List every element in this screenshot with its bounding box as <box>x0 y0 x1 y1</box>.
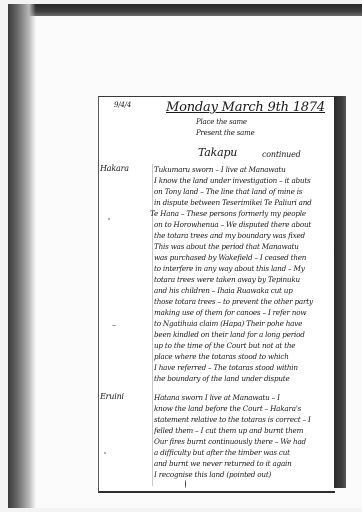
entry-line: I recognise this land (pointed out) <box>154 470 332 479</box>
entry-line: to interfere in any way about this land … <box>154 264 332 273</box>
scan-speck <box>104 452 106 454</box>
present-line: Present the same <box>196 129 255 137</box>
entry-line: Hatana sworn I live at Manawatu – I <box>154 393 332 402</box>
entry-line: Te Hana – These persons formerly my peop… <box>150 209 328 218</box>
entry-line: to Ngatihuia claim (Hapa) Their pohe hav… <box>154 319 332 328</box>
scan-mark <box>185 480 186 488</box>
entry-line: on to Horowhenua – We disputed there abo… <box>154 220 332 229</box>
date-heading: Monday March 9th 1874 <box>166 100 325 115</box>
entry-line: totara trees were taken away by Tepinuku <box>154 275 332 284</box>
entry-line: up to the time of the Court but not at t… <box>154 341 332 350</box>
entry-line: Our fires burnt continuously there – We … <box>154 437 332 446</box>
scan-top-shadow <box>8 4 362 16</box>
entry-line: statement relative to the totaras is cor… <box>154 415 332 424</box>
scan-left-shadow <box>8 4 36 508</box>
entry-line: This was about the period that Manawatu <box>154 242 332 251</box>
case-status: continued <box>262 150 301 159</box>
entry-line: a difficulty but after the timber was cu… <box>154 448 332 457</box>
page-right-shadow <box>334 96 346 488</box>
witness-name: Hakara <box>100 164 129 173</box>
case-title: Takapu <box>198 146 237 159</box>
entry-line: the boundary of the land under dispute <box>154 374 332 383</box>
witness-name: Eruini <box>100 392 124 401</box>
entry-line: on Tony land – The line that land of min… <box>154 187 332 196</box>
scan-speck <box>108 218 110 220</box>
entry-line: I have referred – The totaras stood with… <box>154 363 332 372</box>
folio-number: 9/4/4 <box>114 101 131 109</box>
entry-line: been kindled on their land for a long pe… <box>154 330 332 339</box>
entry-line: place where the totaras stood to which <box>154 352 332 361</box>
entry-line: and his children – Ihaia Ruawaka cut up <box>154 286 332 295</box>
entry-line: I know the land under investigation – it… <box>154 176 332 185</box>
entry-line: the totara trees and my boundary was fix… <box>154 231 332 240</box>
entry-line: making use of them for canoes – I refer … <box>154 308 332 317</box>
entry-line: know the land before the Court – Hakara'… <box>154 404 332 413</box>
scan-speck <box>112 325 116 326</box>
entry-line: was purchased by Wakefield – I ceased th… <box>154 253 332 262</box>
entry-line: Tukumaru sworn – I live at Manawatu <box>154 165 332 174</box>
entry-line: those totara trees – to prevent the othe… <box>154 297 332 306</box>
entry-line: felled them – I cut them up and burnt th… <box>154 426 332 435</box>
entry-line: in dispute between Teserimikei Te Paliur… <box>154 198 332 207</box>
entry-line: and burnt we never returned to it again <box>154 459 332 468</box>
place-line: Place the same <box>196 118 247 126</box>
